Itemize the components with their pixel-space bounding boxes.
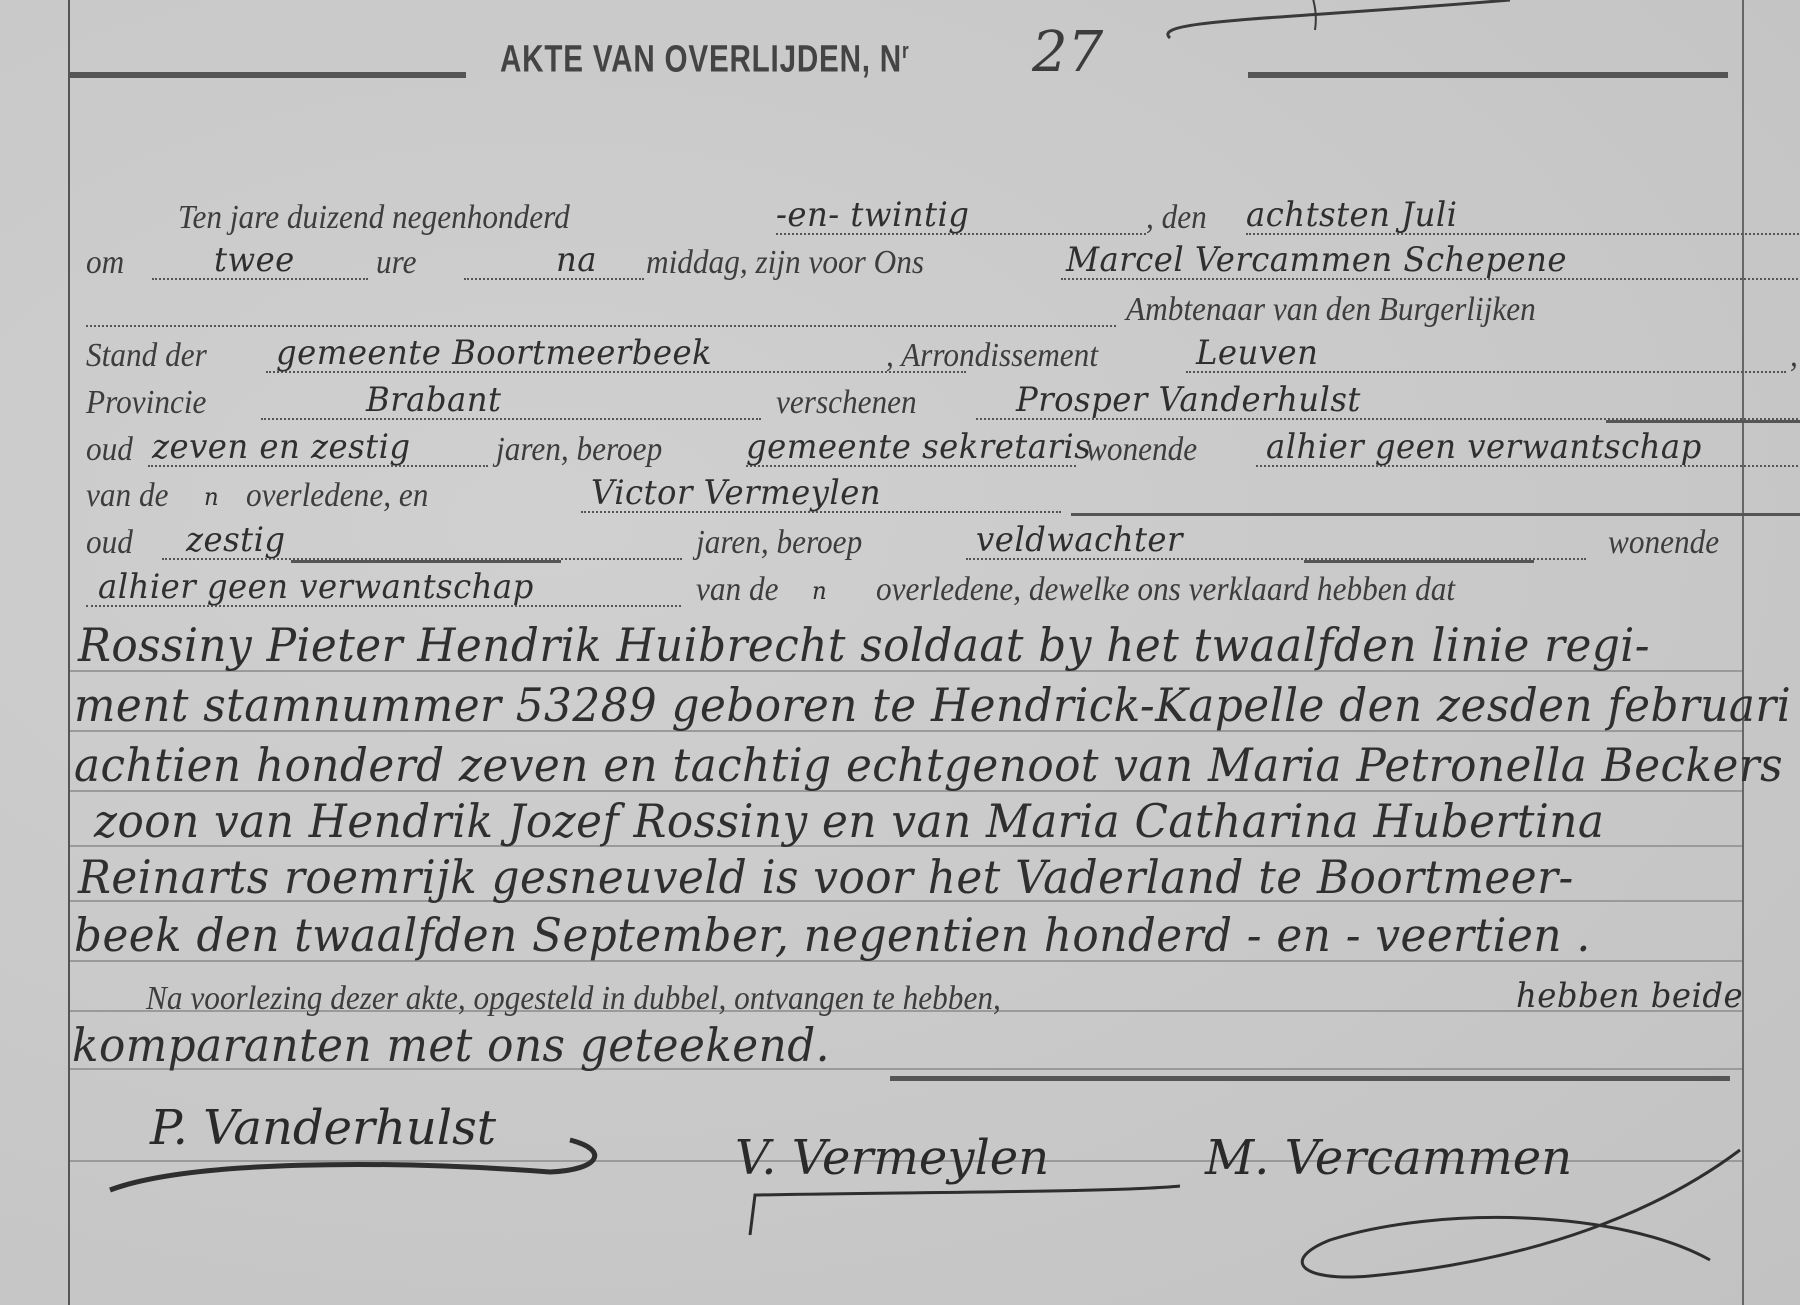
form-line-7: van de n overledene, en Victor Vermeylen [86, 473, 1720, 519]
handwritten-ampm: na [556, 240, 597, 280]
record-number: 27 [1032, 20, 1103, 85]
fill-rule [291, 560, 561, 563]
handwritten-hour: twee [214, 240, 295, 280]
header-flourish-icon [1150, 0, 1530, 50]
handwritten-official: Marcel Vercammen Schepene [1066, 240, 1567, 280]
form-line-3: Ambtenaar van den Burgerlijken [86, 287, 1720, 333]
handwritten-suffix: n [812, 577, 827, 605]
form-line-9: alhier geen verwantschap van de n overle… [86, 567, 1720, 613]
printed-text: verschenen [776, 384, 917, 422]
printed-text: Na voorlezing dezer akte, opgesteld in d… [146, 980, 1001, 1018]
printed-text: overledene, dewelke ons verklaard hebben… [876, 571, 1455, 609]
printed-text: Stand der [86, 337, 207, 375]
fill-rule [1606, 420, 1800, 423]
handwritten-deceased: Rossiny Pieter Hendrik Huibrecht soldaat… [78, 618, 1650, 672]
handwritten-age-2: zestig [186, 520, 286, 560]
printed-text: Ten jare duizend negenhonderd [178, 199, 570, 237]
handwritten-signed: komparanten met ons geteekend. [72, 1018, 830, 1072]
printed-text: van de [696, 571, 779, 609]
handwritten-arrondissement: Leuven [1196, 333, 1318, 373]
form-line-1: Ten jare duizend negenhonderd -en- twint… [86, 195, 1720, 241]
printed-text: jaren, beroep [696, 524, 862, 562]
signature-flourish-icon [90, 1140, 610, 1200]
handwritten-witness-2: Victor Vermeylen [591, 473, 881, 513]
form-line-8: oud zestig jaren, beroep veldwachter won… [86, 520, 1720, 566]
form-line-4: Stand der gemeente Boortmeerbeek , Arron… [86, 333, 1720, 379]
fill-line [464, 278, 644, 280]
handwritten-municipality: gemeente Boortmeerbeek [276, 333, 712, 373]
free-text-line-6: beek den twaalfden September, negentien … [86, 916, 1720, 962]
fill-line [261, 418, 761, 420]
right-margin-line [1742, 0, 1744, 1305]
free-text-line-3: achtien honderd zeven en tachtig echtgen… [86, 746, 1720, 792]
free-text-line-4: zoon van Hendrik Jozef Rossiny en van Ma… [86, 802, 1720, 848]
free-text-line-1: Rossiny Pieter Hendrik Huibrecht soldaat… [86, 626, 1720, 672]
printed-text: van de [86, 477, 169, 515]
signature-rule [890, 1076, 1730, 1081]
handwritten-age-1: zeven en zestig [152, 427, 411, 467]
document-title: AKTE VAN OVERLIJDEN, Nr [500, 38, 909, 82]
printed-text: , Arrondissement [886, 337, 1098, 375]
handwritten-death-date: beek den twaalfden September, negentien … [74, 908, 1591, 962]
form-line-6: oud zeven en zestig jaren, beroep gemeen… [86, 427, 1720, 473]
free-text-line-2: ment stamnummer 53289 geboren te Hendric… [86, 686, 1720, 732]
fill-rule [1071, 513, 1800, 516]
printed-text: Provincie [86, 384, 206, 422]
handwritten-year: -en- twintig [776, 195, 969, 235]
printed-text: ure [376, 244, 417, 282]
free-text-line-5: Reinarts roemrijk gesneuveld is voor het… [86, 858, 1720, 904]
printed-text: , [1790, 337, 1798, 375]
title-rule-right [1248, 72, 1728, 78]
printed-text: wonende [1608, 524, 1719, 562]
form-line-2: om twee ure na middag, zijn voor Ons Mar… [86, 240, 1720, 286]
handwritten-profession-1: gemeente sekretaris [746, 427, 1091, 467]
handwritten-death: Reinarts roemrijk gesneuveld is voor het… [78, 850, 1574, 904]
handwritten-residence-1: alhier geen verwantschap [1266, 427, 1702, 467]
handwritten-birth: ment stamnummer 53289 geboren te Hendric… [74, 678, 1791, 732]
title-rule-left [70, 72, 466, 78]
printed-text: wonende [1086, 431, 1197, 469]
fill-rule [1304, 560, 1534, 563]
handwritten-closing: hebben beide [1516, 976, 1743, 1016]
printed-text: om [86, 244, 124, 282]
printed-text: jaren, beroep [496, 431, 662, 469]
signature-vermeylen: V. Vermeylen [735, 1130, 1049, 1186]
handwritten-spouse: achtien honderd zeven en tachtig echtgen… [74, 738, 1783, 792]
printed-text: Ambtenaar van den Burgerlijken [1126, 291, 1536, 329]
handwritten-residence-2: alhier geen verwantschap [98, 567, 534, 607]
handwritten-parents: zoon van Hendrik Jozef Rossiny en van Ma… [94, 794, 1604, 848]
fill-line [86, 325, 1116, 327]
printed-text: oud [86, 524, 133, 562]
document-page: AKTE VAN OVERLIJDEN, Nr 27 Ten jare duiz… [0, 0, 1800, 1305]
signature-flourish-icon [1240, 1150, 1760, 1290]
handwritten-suffix: n [204, 483, 219, 511]
title-superscript: r [902, 38, 909, 63]
printed-text: oud [86, 431, 133, 469]
handwritten-province: Brabant [366, 380, 501, 420]
closing-line-2: komparanten met ons geteekend. [86, 1026, 1720, 1072]
title-text: AKTE VAN OVERLIJDEN, N [500, 39, 902, 81]
form-line-5: Provincie Brabant verschenen Prosper Van… [86, 380, 1720, 426]
left-margin-line [68, 0, 70, 1305]
handwritten-date: achtsten Juli [1246, 195, 1457, 235]
handwritten-witness-1: Prosper Vanderhulst [1016, 380, 1361, 420]
handwritten-profession-2: veldwachter [976, 520, 1183, 560]
printed-text: middag, zijn voor Ons [646, 244, 924, 282]
closing-line: Na voorlezing dezer akte, opgesteld in d… [86, 976, 1720, 1022]
signature-flourish-icon [720, 1180, 1200, 1240]
printed-text: overledene, en [246, 477, 428, 515]
printed-text: , den [1146, 199, 1207, 237]
